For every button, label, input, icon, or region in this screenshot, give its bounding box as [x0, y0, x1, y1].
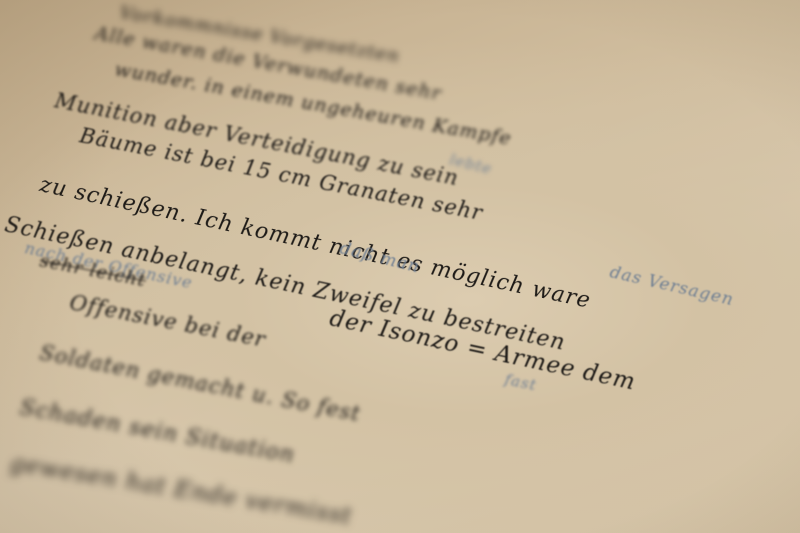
handwritten-line: Offensive bei der — [68, 290, 268, 352]
handwritten-letter-photo: Vorkommnisse VorgesetztenAlle waren die … — [0, 0, 800, 533]
handwritten-line: gewesen hat Ende vermisst — [8, 450, 354, 530]
pencil-correction: das Versagen — [608, 262, 736, 310]
